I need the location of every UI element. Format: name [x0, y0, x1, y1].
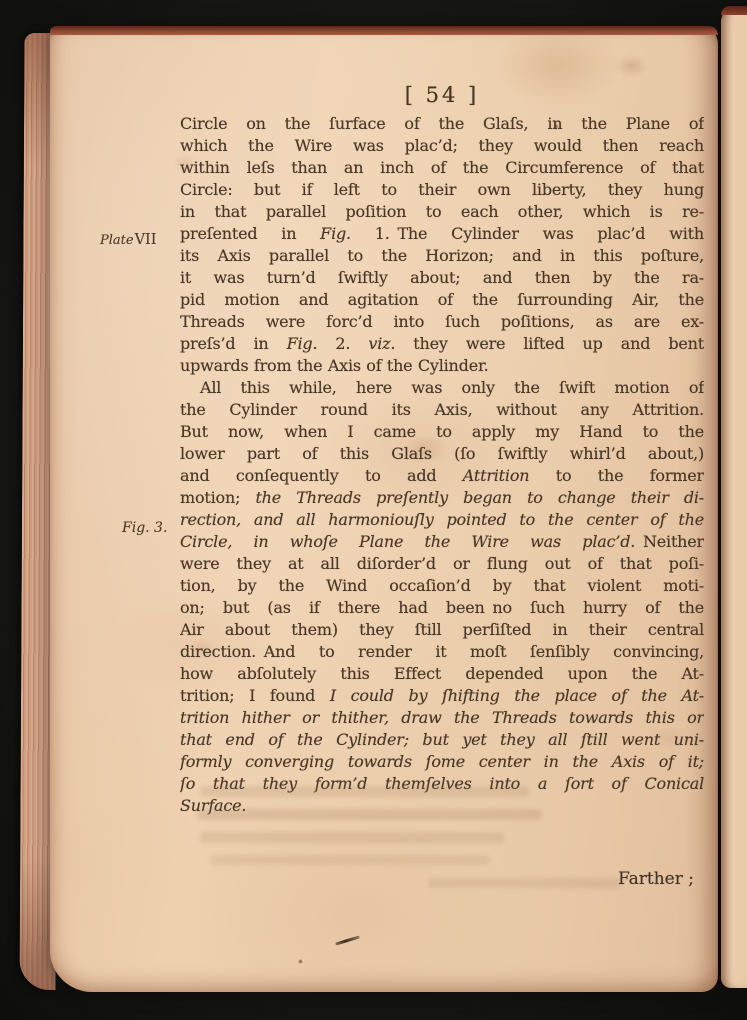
- text-line: rection, and all harmoniouſly pointed to…: [180, 510, 704, 532]
- text-line: the Cylinder round its Axis, without any…: [180, 400, 704, 422]
- text-line: on; but (as if there had been no ſuch hu…: [180, 598, 704, 620]
- ink-mark: [335, 935, 360, 945]
- text-line: pid motion and agitation of the ſurround…: [180, 290, 704, 312]
- margin-note-plate: PlateVII: [100, 232, 157, 248]
- text-line: its Axis parallel to the Horizon; and in…: [180, 246, 704, 268]
- text-line: preſented in Fig. 1. The Cylinder was pl…: [180, 224, 704, 246]
- text-line: were they at all diſorder’d or flung out…: [180, 554, 704, 576]
- text-line: it was turn’d ſwiftly about; and then by…: [180, 268, 704, 290]
- text-line: and conſequently to add Attrition to the…: [180, 466, 704, 488]
- text-line: within leſs than an inch of the Circumfe…: [180, 158, 704, 180]
- body-text: Circle on the ſurface of the Glaſs, in t…: [180, 114, 704, 818]
- bleed-through: [210, 855, 490, 865]
- text-line: in that parallel poſition to each other,…: [180, 202, 704, 224]
- margin-note-fig3: Fig. 3.: [122, 520, 167, 536]
- text-line: Circle, in whoſe Plane the Wire was plac…: [180, 532, 704, 554]
- next-page-edge: [721, 6, 747, 988]
- text-line: Threads were forc’d into ſuch poſitions,…: [180, 312, 704, 334]
- text-line: All this while, here was only the ſwift …: [180, 378, 704, 400]
- text-line: tion, by the Wind occaſion’d by that vio…: [180, 576, 704, 598]
- page-top-red-edge: [50, 26, 718, 35]
- bleed-through: [200, 786, 530, 797]
- book-page: [ 54 ] PlateVII Fig. 3. Circle on the ſu…: [50, 26, 718, 992]
- text-line: formly converging towards ſome center in…: [180, 752, 704, 774]
- text-line: Circle: but if left to their own liberty…: [180, 180, 704, 202]
- catchword: Farther ;: [618, 869, 694, 889]
- text-line: preſs’d in Fig. 2. viz. they were lifted…: [180, 334, 704, 356]
- bleed-through: [200, 832, 505, 843]
- text-line: trition hither or thither, draw the Thre…: [180, 708, 704, 730]
- page-number: [ 54 ]: [180, 83, 704, 107]
- text-line: how abſolutely this Effect depended upon…: [180, 664, 704, 686]
- photo-background: [ 54 ] PlateVII Fig. 3. Circle on the ſu…: [0, 0, 747, 1020]
- bleed-through: [197, 809, 542, 820]
- text-line: that end of the Cylinder; but yet they a…: [180, 730, 704, 752]
- text-line: which the Wire was plac’d; they would th…: [180, 136, 704, 158]
- foxing-stain: [615, 54, 649, 78]
- text-line: motion; the Threads preſently began to c…: [180, 488, 704, 510]
- bleed-through: [428, 878, 623, 888]
- margin-note-plate-word: Plate: [100, 233, 134, 248]
- text-line: direction. And to render it moſt ſenſibl…: [180, 642, 704, 664]
- text-line: But now, when I came to apply my Hand to…: [180, 422, 704, 444]
- text-line: trition; I found I could by ſhifting the…: [180, 686, 704, 708]
- next-page-red-edge: [721, 6, 747, 15]
- text-line: Circle on the ſurface of the Glaſs, in t…: [180, 114, 704, 136]
- text-line: Air about them) they ſtill perſiſted in …: [180, 620, 704, 642]
- text-line: lower part of this Glaſs (ſo ſwiftly whi…: [180, 444, 704, 466]
- text-line: upwards from the Axis of the Cylinder.: [180, 356, 704, 378]
- foxing-stain: [298, 959, 303, 964]
- margin-note-plate-numeral: VII: [135, 232, 157, 248]
